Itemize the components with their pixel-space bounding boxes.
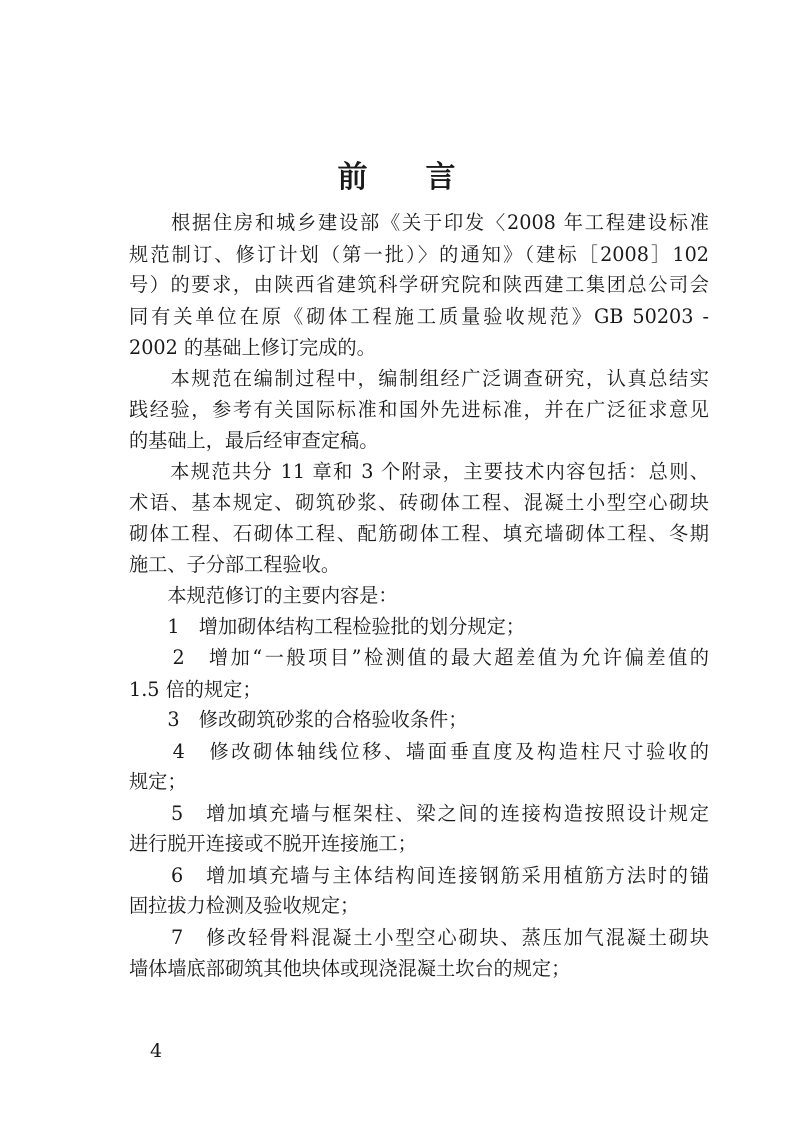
- text-line: 固拉拔力检测及验收规定；: [129, 896, 709, 915]
- title-char-2: 言: [426, 152, 456, 196]
- page-title: 前言: [0, 152, 793, 196]
- text-line: 践经验，参考有关国际标准和国外先进标准，并在广泛征求意见: [129, 400, 709, 419]
- text-line: 术语、基本规定、砌筑砂浆、砖砌体工程、混凝土小型空心砌块: [129, 493, 709, 512]
- text-line: 本规范修订的主要内容是：: [129, 586, 709, 605]
- text-line: 5 增加填充墙与框架柱、梁之间的连接构造按照设计规定: [129, 804, 709, 823]
- text-line: 7 修改轻骨料混凝土小型空心砌块、蒸压加气混凝土砌块: [129, 928, 709, 947]
- text-line: 1.5 倍的规定；: [129, 680, 709, 699]
- text-line: 根据住房和城乡建设部《关于印发〈2008 年工程建设标准: [129, 213, 709, 232]
- text-line: 规定；: [129, 772, 709, 791]
- text-line: 6 增加填充墙与主体结构间连接钢筋采用植筋方法时的锚: [129, 866, 709, 885]
- text-line: 的基础上，最后经审查定稿。: [129, 431, 709, 450]
- document-page: 前言 根据住房和城乡建设部《关于印发〈2008 年工程建设标准规范制订、修订计划…: [0, 0, 793, 1122]
- page-number: 4: [150, 1040, 162, 1062]
- text-line: 墙体墙底部砌筑其他块体或现浇混凝土坎台的规定；: [129, 959, 709, 978]
- text-line: 本规范共分 11 章和 3 个附录，主要技术内容包括：总则、: [129, 462, 709, 481]
- text-line: 同有关单位在原《砌体工程施工质量验收规范》GB 50203 -: [129, 307, 709, 326]
- text-line: 3 修改砌筑砂浆的合格验收条件；: [129, 710, 709, 729]
- title-char-1: 前: [338, 152, 368, 196]
- text-line: 施工、子分部工程验收。: [129, 555, 709, 574]
- text-line: 号）的要求，由陕西省建筑科学研究院和陕西建工集团总公司会: [129, 275, 709, 294]
- text-line: 进行脱开连接或不脱开连接施工；: [129, 834, 709, 853]
- text-line: 1 增加砌体结构工程检验批的划分规定；: [129, 617, 709, 636]
- text-line: 砌体工程、石砌体工程、配筋砌体工程、填充墙砌体工程、冬期: [129, 524, 709, 543]
- text-line: 2002 的基础上修订完成的。: [129, 338, 709, 357]
- text-line: 4 修改砌体轴线位移、墙面垂直度及构造柱尺寸验收的: [129, 742, 709, 761]
- text-line: 规范制订、修订计划（第一批）〉的通知》（建标［2008］102: [129, 245, 709, 264]
- text-line: 本规范在编制过程中，编制组经广泛调查研究，认真总结实: [129, 369, 709, 388]
- text-line: 2 增加“一般项目”检测值的最大超差值为允许偏差值的: [129, 648, 709, 667]
